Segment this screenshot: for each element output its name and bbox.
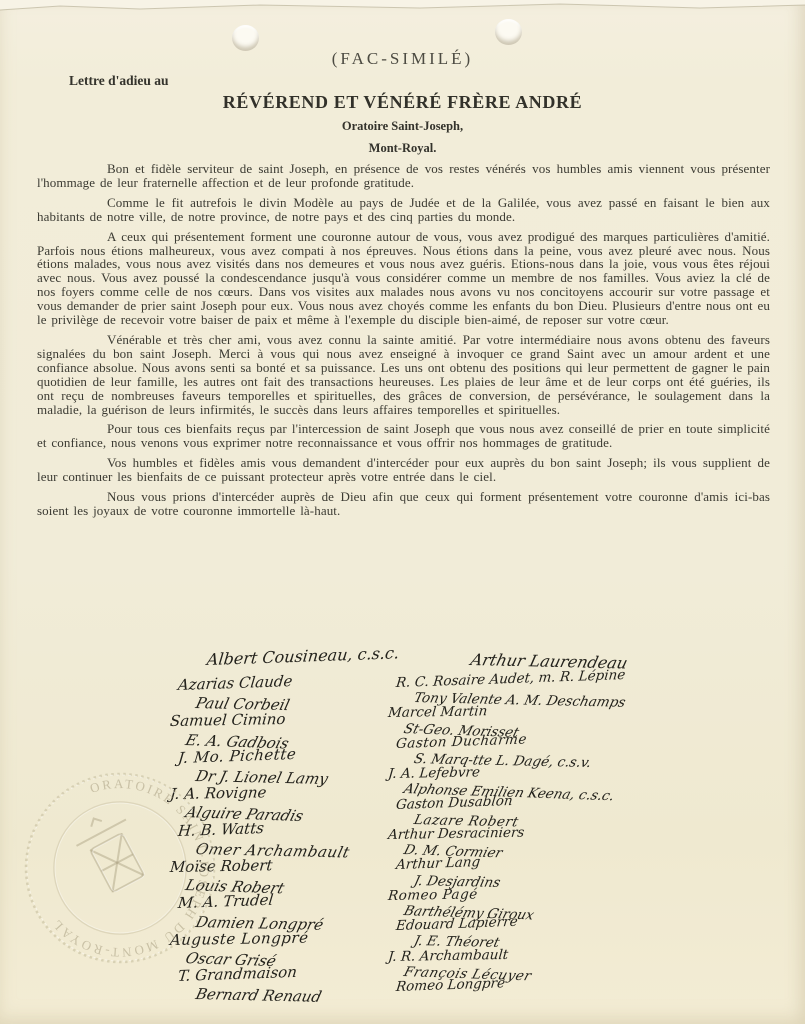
signature: Azarias Claude — [177, 669, 387, 695]
subtitle-mont-royal: Mont-Royal. — [0, 141, 805, 156]
letter-paragraph: Pour tous ces bienfaits reçus par l'inte… — [37, 422, 770, 450]
signature: J. R. Archambault — [387, 945, 656, 965]
letter-paragraph: Vos humbles et fidèles amis vous demande… — [37, 456, 770, 484]
letter-paragraph: A ceux qui présentement forment une cour… — [37, 230, 770, 327]
letter-paragraph: Nous vous prions d'intercéder auprès de … — [37, 490, 770, 518]
signature: Samuel Cimino — [169, 709, 387, 731]
letter-paragraph: Bon et fidèle serviteur de saint Joseph,… — [37, 162, 770, 190]
signature-columns: Azarias ClaudePaul CorbeilSamuel CiminoE… — [168, 676, 656, 1004]
scanned-letter-page: (FAC-SIMILÉ) Lettre d'adieu au RÉVÉREND … — [0, 0, 805, 1024]
facsimile-label: (FAC-SIMILÉ) — [0, 49, 805, 69]
punch-hole-right — [495, 19, 522, 45]
torn-paper-edge — [0, 0, 805, 18]
letter-body: Bon et fidèle serviteur de saint Joseph,… — [37, 162, 770, 524]
signature: Albert Cousineau, c.s.c. — [206, 643, 400, 669]
seal-emblem — [69, 805, 153, 897]
signature: Romeo Pagé — [387, 884, 656, 904]
letter-paragraph: Vénérable et très cher ami, vous avez co… — [37, 333, 770, 416]
signature: J. A. Rovigne — [169, 781, 387, 803]
page-title: RÉVÉREND ET VÉNÉRÉ FRÈRE ANDRÉ — [0, 92, 805, 113]
lead-label: Lettre d'adieu au — [69, 73, 169, 89]
signature: J. A. Lefebvre — [387, 763, 656, 783]
signature: R. C. Rosaire Audet, m. R. Lépine — [395, 667, 656, 691]
signature: Bernard Renaud — [194, 985, 388, 1007]
letter-paragraph: Comme le fit autrefois le divin Modèle a… — [37, 196, 770, 224]
signature-top-row: Albert Cousineau, c.s.c.Arthur Laurendea… — [168, 650, 656, 669]
signature-block: Albert Cousineau, c.s.c.Arthur Laurendea… — [168, 650, 656, 1004]
punch-hole-left — [232, 25, 259, 51]
signature: Arthur Desraciniers — [387, 823, 656, 843]
signature: Marcel Martin — [387, 702, 656, 722]
subtitle-oratoire: Oratoire Saint-Joseph, — [0, 119, 805, 134]
signature-column-right: R. C. Rosaire Audet, m. R. LépineTony Va… — [386, 676, 656, 1004]
